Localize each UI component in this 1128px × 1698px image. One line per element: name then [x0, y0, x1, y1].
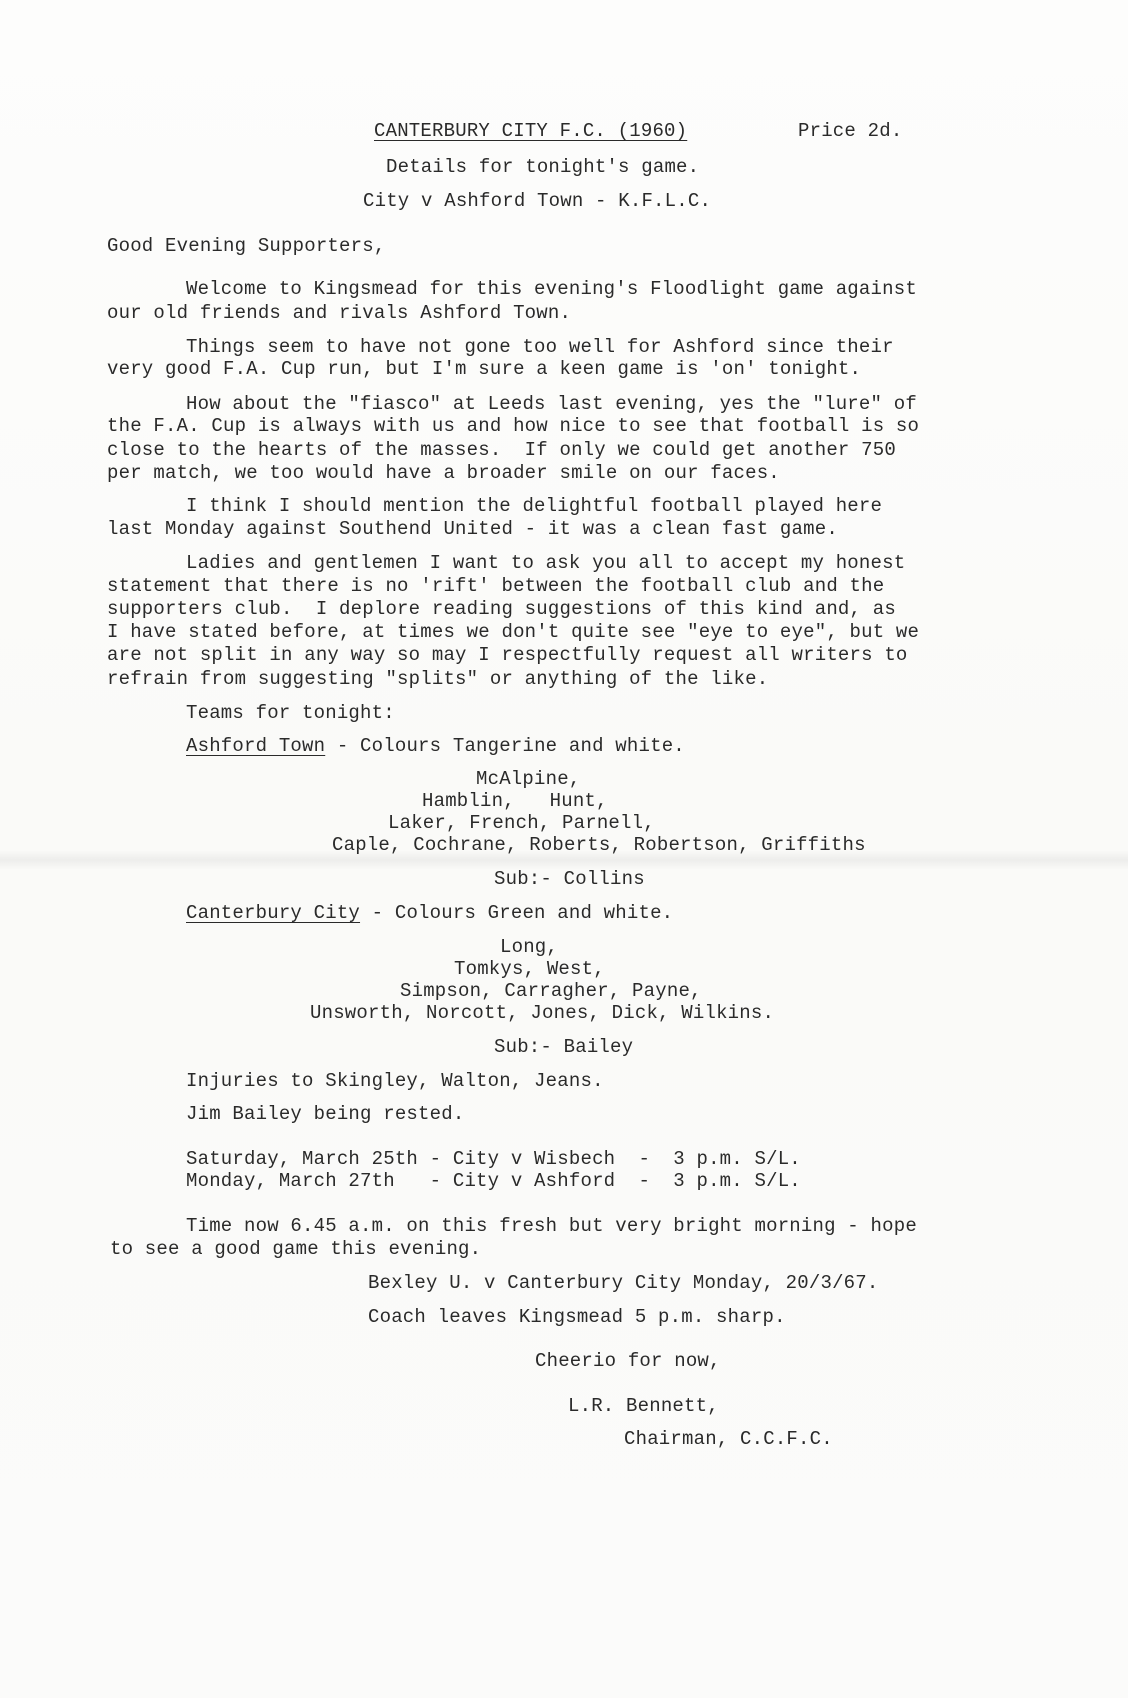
- paragraph-line: I think I should mention the delightful …: [186, 495, 882, 518]
- paragraph-line: the F.A. Cup is always with us and how n…: [107, 415, 919, 438]
- injuries-note: Injuries to Skingley, Walton, Jeans.: [186, 1070, 604, 1093]
- team-canterbury-heading: Canterbury City - Colours Green and whit…: [186, 902, 673, 925]
- away-fixture: Bexley U. v Canterbury City Monday, 20/3…: [368, 1272, 878, 1295]
- fixture-row: Saturday, March 25th - City v Wisbech - …: [186, 1148, 801, 1171]
- paragraph-line: are not split in any way so may I respec…: [107, 644, 908, 667]
- team-sub: Sub:- Collins: [494, 868, 645, 891]
- coach-note: Coach leaves Kingsmead 5 p.m. sharp.: [368, 1306, 786, 1329]
- document-subtitle: Details for tonight's game.: [386, 156, 699, 179]
- document-title: CANTERBURY CITY F.C. (1960): [374, 120, 687, 143]
- team-ashford-heading: Ashford Town - Colours Tangerine and whi…: [186, 735, 685, 758]
- signatory-role: Chairman, C.C.F.C.: [624, 1428, 833, 1451]
- team-name: Canterbury City: [186, 902, 360, 924]
- paragraph-line: refrain from suggesting "splits" or anyt…: [107, 668, 768, 691]
- paragraph-line: supporters club. I deplore reading sugge…: [107, 598, 896, 621]
- paragraph-line: I have stated before, at times we don't …: [107, 621, 919, 644]
- fixture-line: City v Ashford Town - K.F.L.C.: [363, 190, 711, 213]
- lineup-line: Laker, French, Parnell,: [388, 812, 655, 835]
- paragraph-line: Ladies and gentlemen I want to ask you a…: [186, 552, 905, 575]
- teams-heading: Teams for tonight:: [186, 702, 395, 725]
- lineup-line: Hamblin, Hunt,: [422, 790, 608, 813]
- signatory-name: L.R. Bennett,: [568, 1395, 719, 1418]
- paragraph-line: to see a good game this evening.: [110, 1238, 481, 1261]
- paragraph-line: How about the "fiasco" at Leeds last eve…: [186, 393, 917, 416]
- price-label: Price 2d.: [798, 120, 902, 143]
- lineup-line: Caple, Cochrane, Roberts, Robertson, Gri…: [332, 834, 866, 857]
- paragraph-line: close to the hearts of the masses. If on…: [107, 439, 896, 462]
- paragraph-line: our old friends and rivals Ashford Town.: [107, 302, 571, 325]
- greeting: Good Evening Supporters,: [107, 235, 385, 258]
- paragraph-line: very good F.A. Cup run, but I'm sure a k…: [107, 358, 861, 381]
- paragraph-line: Things seem to have not gone too well fo…: [186, 336, 894, 359]
- lineup-line: Simpson, Carragher, Payne,: [400, 980, 702, 1003]
- lineup-line: McAlpine,: [476, 768, 580, 791]
- paragraph-line: last Monday against Southend United - it…: [107, 518, 838, 541]
- lineup-line: Tomkys, West,: [454, 958, 605, 981]
- lineup-line: Long,: [500, 936, 558, 959]
- farewell: Cheerio for now,: [535, 1350, 721, 1373]
- paragraph-line: per match, we too would have a broader s…: [107, 462, 780, 485]
- paragraph-line: statement that there is no 'rift' betwee…: [107, 575, 884, 598]
- team-colours: - Colours Green and white.: [360, 902, 673, 924]
- team-colours: - Colours Tangerine and white.: [325, 735, 685, 757]
- lineup-line: Unsworth, Norcott, Jones, Dick, Wilkins.: [310, 1002, 774, 1025]
- paragraph-line: Time now 6.45 a.m. on this fresh but ver…: [186, 1215, 917, 1238]
- team-sub: Sub:- Bailey: [494, 1036, 633, 1059]
- team-name: Ashford Town: [186, 735, 325, 757]
- paragraph-line: Welcome to Kingsmead for this evening's …: [186, 278, 917, 301]
- fixture-row: Monday, March 27th - City v Ashford - 3 …: [186, 1170, 801, 1193]
- rested-note: Jim Bailey being rested.: [186, 1103, 464, 1126]
